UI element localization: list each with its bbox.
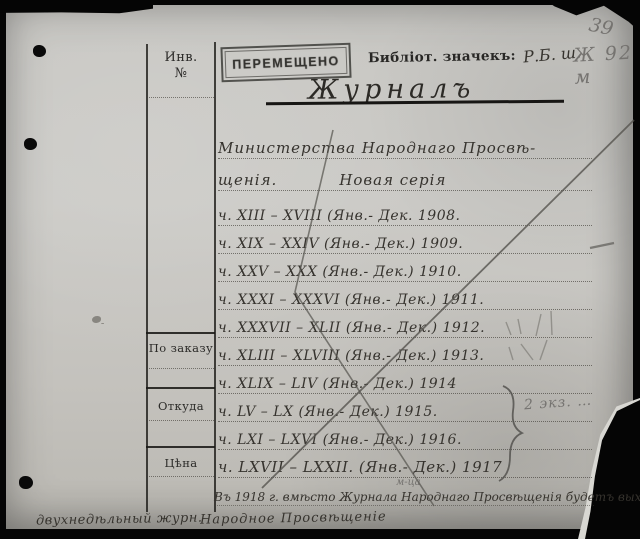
subtitle-series: Новая серія: [339, 171, 446, 190]
footer-text-continued: двухнедѣльный журн.: [36, 511, 203, 529]
label-tsena: Цѣна: [147, 456, 215, 470]
form-dotted-rule: [149, 476, 214, 477]
subtitle-text: щенія.: [218, 171, 277, 190]
label-inventory-number: №: [147, 66, 215, 81]
entry-text: ч. LXI – LXVI (Янв.- Дек.) 1916.: [218, 432, 462, 449]
library-mark-pencil: Ж 92 м: [573, 41, 640, 88]
entry-text: ч. XLIII – XLVIII (Янв.- Дек.) 1913.: [218, 348, 484, 365]
entry-text: ч. XXXVII – XLII (Янв.- Дек.) 1912.: [218, 320, 485, 337]
form-vertical-rule: [214, 42, 216, 512]
form-vertical-rule: [146, 44, 148, 512]
footer-note-line: Въ 1918 г. вмѣсто Журнала Народнаго Прос…: [214, 479, 594, 506]
form-dotted-rule: [149, 420, 214, 421]
stamp-text: ПЕРЕМЕЩЕНО: [232, 54, 340, 72]
subtitle-text: Министерства Народнаго Просвѣ-: [218, 139, 536, 158]
entry-row: ч. XXXVII – XLII (Янв.- Дек.) 1912.: [218, 311, 592, 338]
entry-text: ч. XIX – XXIV (Янв.- Дек.) 1909.: [218, 236, 463, 253]
entry-text: ч. LV – LX (Янв.- Дек.) 1915.: [218, 404, 438, 421]
entry-row: ч. XLIX – LIV (Янв.- Дек.) 1914: [218, 367, 592, 394]
punch-hole: [19, 476, 33, 489]
subtitle-line: Министерства Народнаго Просвѣ-: [218, 132, 592, 159]
label-otkuda: Откуда: [147, 399, 215, 413]
entry-text: ч. LXVII – LXXII. (Янв.- Дек.) 1917: [218, 458, 502, 477]
entry-row: ч. LXI – LXVI (Янв.- Дек.) 1916.: [218, 423, 592, 450]
entry-text: ч. XXXI – XXXVI (Янв.- Дек.) 1911.: [218, 292, 484, 309]
entry-row: ч. XIX – XXIV (Янв.- Дек.) 1909.: [218, 227, 592, 254]
library-mark-label: Библіот. значекъ:: [368, 48, 516, 67]
scanned-catalog-card: Инв. № По заказу Откуда Цѣна ПЕРЕМЕЩЕНО …: [0, 0, 640, 539]
form-thick-rule: [146, 332, 215, 334]
form-dotted-rule: [149, 368, 214, 369]
scan-edge-left: [0, 0, 6, 539]
entry-row: ч. XXV – XXX (Янв.- Дек.) 1910.: [218, 255, 592, 282]
subtitle-line: щенія. Новая серія: [218, 164, 592, 191]
footer-text: Въ 1918 г. вмѣсто Журнала Народнаго Прос…: [214, 490, 640, 505]
entry-row: ч. LXVII – LXXII. (Янв.- Дек.) 1917: [218, 451, 592, 478]
entry-row: ч. XXXI – XXXVI (Янв.- Дек.) 1911.: [218, 283, 592, 310]
form-thick-rule: [146, 387, 215, 389]
corner-number: 39: [587, 14, 615, 41]
entry-text: ч. XLIX – LIV (Янв.- Дек.) 1914: [218, 376, 457, 393]
entry-text: ч. XXV – XXX (Янв.- Дек.) 1910.: [218, 264, 462, 281]
entry-text: ч. XIII – XVIII (Янв.- Дек. 1908.: [218, 208, 460, 225]
form-thick-rule: [146, 446, 215, 448]
scan-edge-bottom: [0, 529, 640, 539]
entry-row: ч. XIII – XVIII (Янв.- Дек. 1908.: [218, 199, 592, 226]
label-inventory: Инв.: [147, 50, 215, 65]
form-dotted-rule: [149, 97, 214, 98]
punch-hole: [33, 45, 46, 57]
entry-row: ч. XLIII – XLVIII (Янв.- Дек.) 1913.: [218, 339, 592, 366]
label-po-zakazu: По заказу: [147, 341, 215, 355]
punch-hole: [24, 138, 37, 150]
